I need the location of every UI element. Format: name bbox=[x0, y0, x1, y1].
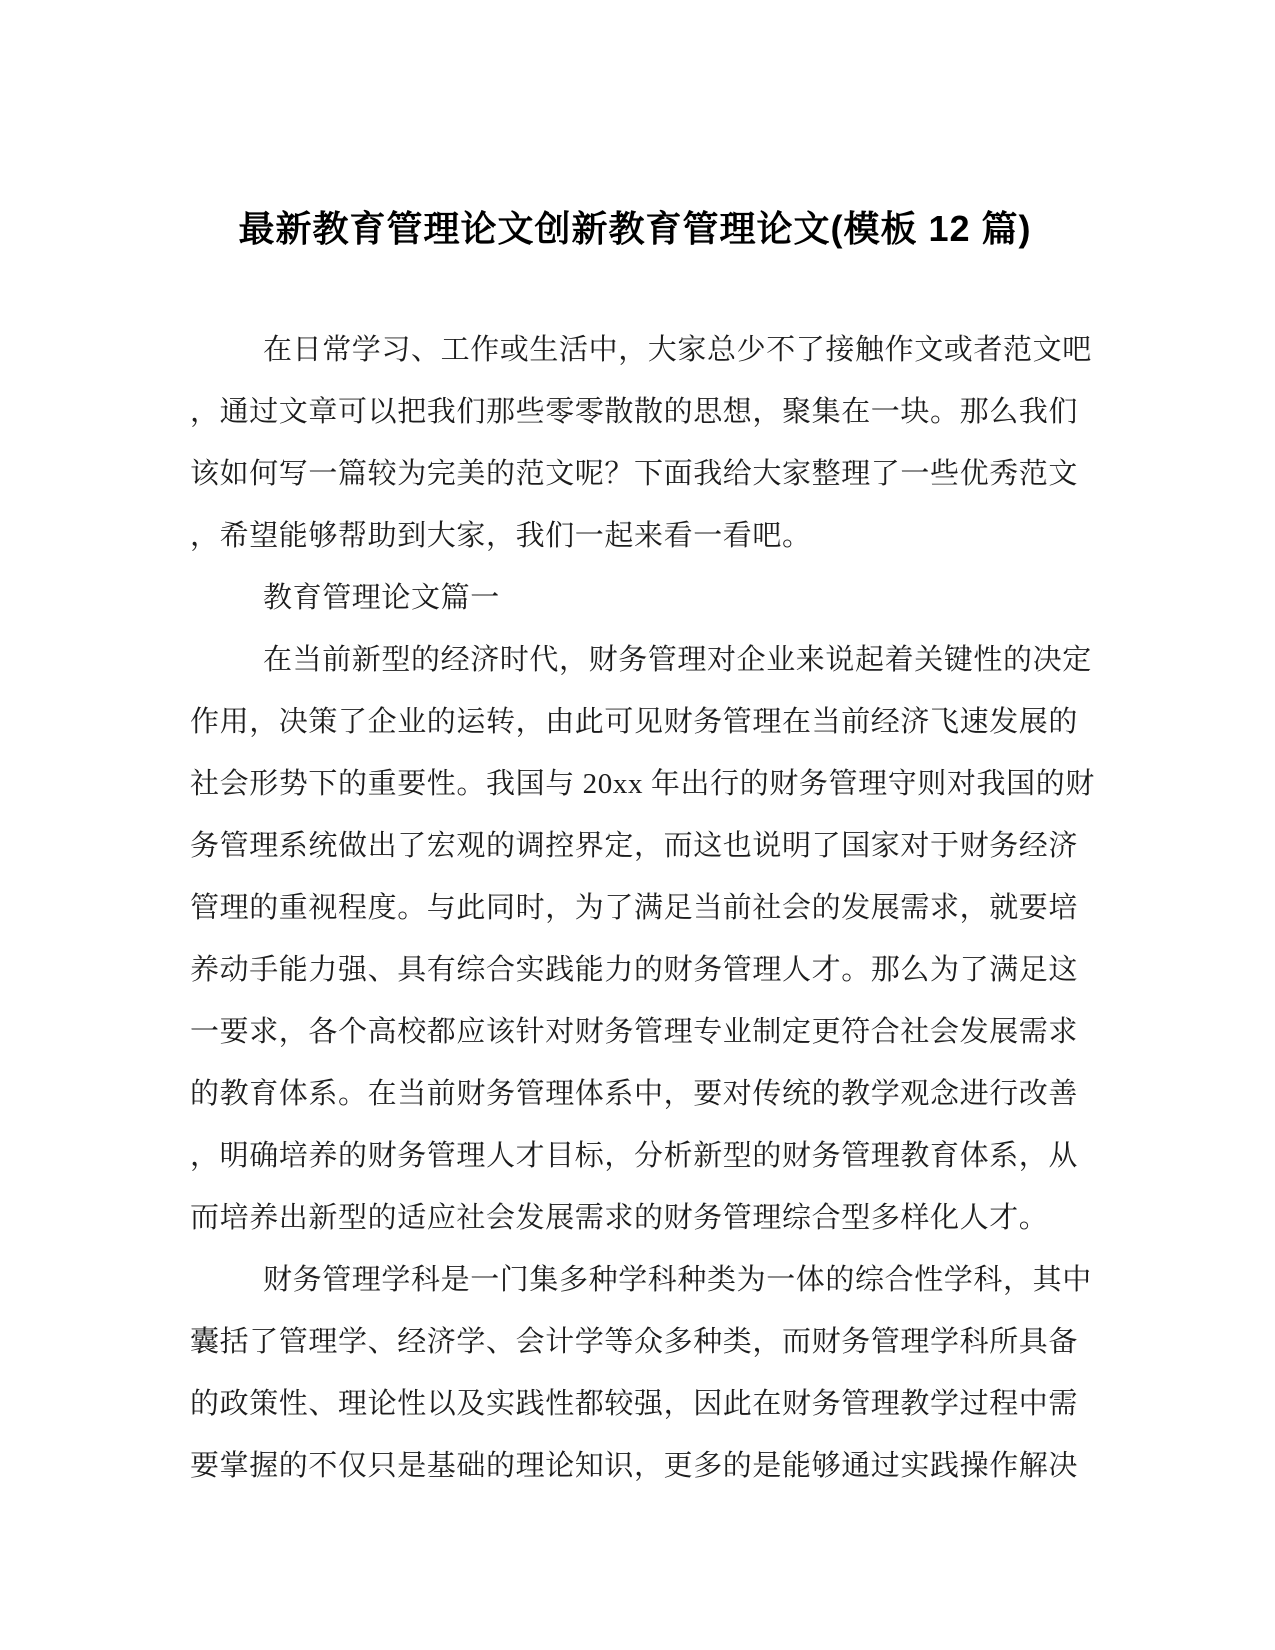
text-line: 而培养出新型的适应社会发展需求的财务管理综合型多样化人才。 bbox=[190, 1187, 1130, 1249]
document-title: 最新教育管理论文创新教育管理论文(模板 12 篇) bbox=[160, 206, 1110, 252]
text-line: 的政策性、理论性以及实践性都较强，因此在财务管理教学过程中需 bbox=[190, 1373, 1130, 1435]
text-line: 该如何写一篇较为完美的范文呢？下面我给大家整理了一些优秀范文 bbox=[190, 443, 1130, 505]
text-line: 财务管理学科是一门集多种学科种类为一体的综合性学科，其中 bbox=[190, 1249, 1130, 1311]
text-line: 囊括了管理学、经济学、会计学等众多种类，而财务管理学科所具备 bbox=[190, 1311, 1130, 1373]
text-line: ，希望能够帮助到大家，我们一起来看一看吧。 bbox=[190, 505, 1130, 567]
text-line: 社会形势下的重要性。我国与 20xx 年出行的财务管理守则对我国的财 bbox=[190, 753, 1130, 815]
text-line: 要掌握的不仅只是基础的理论知识，更多的是能够通过实践操作解决 bbox=[190, 1435, 1130, 1497]
text-line: 作用，决策了企业的运转，由此可见财务管理在当前经济飞速发展的 bbox=[190, 691, 1130, 753]
document-page: 最新教育管理论文创新教育管理论文(模板 12 篇) 在日常学习、工作或生活中，大… bbox=[0, 0, 1275, 1650]
text-line: 在当前新型的经济时代，财务管理对企业来说起着关键性的决定 bbox=[190, 629, 1130, 691]
document-body: 在日常学习、工作或生活中，大家总少不了接触作文或者范文吧，通过文章可以把我们那些… bbox=[190, 319, 1130, 1497]
text-line: 教育管理论文篇一 bbox=[190, 567, 1130, 629]
text-line: ，通过文章可以把我们那些零零散散的思想，聚集在一块。那么我们 bbox=[190, 381, 1130, 443]
text-line: 养动手能力强、具有综合实践能力的财务管理人才。那么为了满足这 bbox=[190, 939, 1130, 1001]
text-line: 一要求，各个高校都应该针对财务管理专业制定更符合社会发展需求 bbox=[190, 1001, 1130, 1063]
text-line: 的教育体系。在当前财务管理体系中，要对传统的教学观念进行改善 bbox=[190, 1063, 1130, 1125]
text-line: 务管理系统做出了宏观的调控界定，而这也说明了国家对于财务经济 bbox=[190, 815, 1130, 877]
text-line: 管理的重视程度。与此同时，为了满足当前社会的发展需求，就要培 bbox=[190, 877, 1130, 939]
text-line: 在日常学习、工作或生活中，大家总少不了接触作文或者范文吧 bbox=[190, 319, 1130, 381]
text-line: ，明确培养的财务管理人才目标，分析新型的财务管理教育体系，从 bbox=[190, 1125, 1130, 1187]
